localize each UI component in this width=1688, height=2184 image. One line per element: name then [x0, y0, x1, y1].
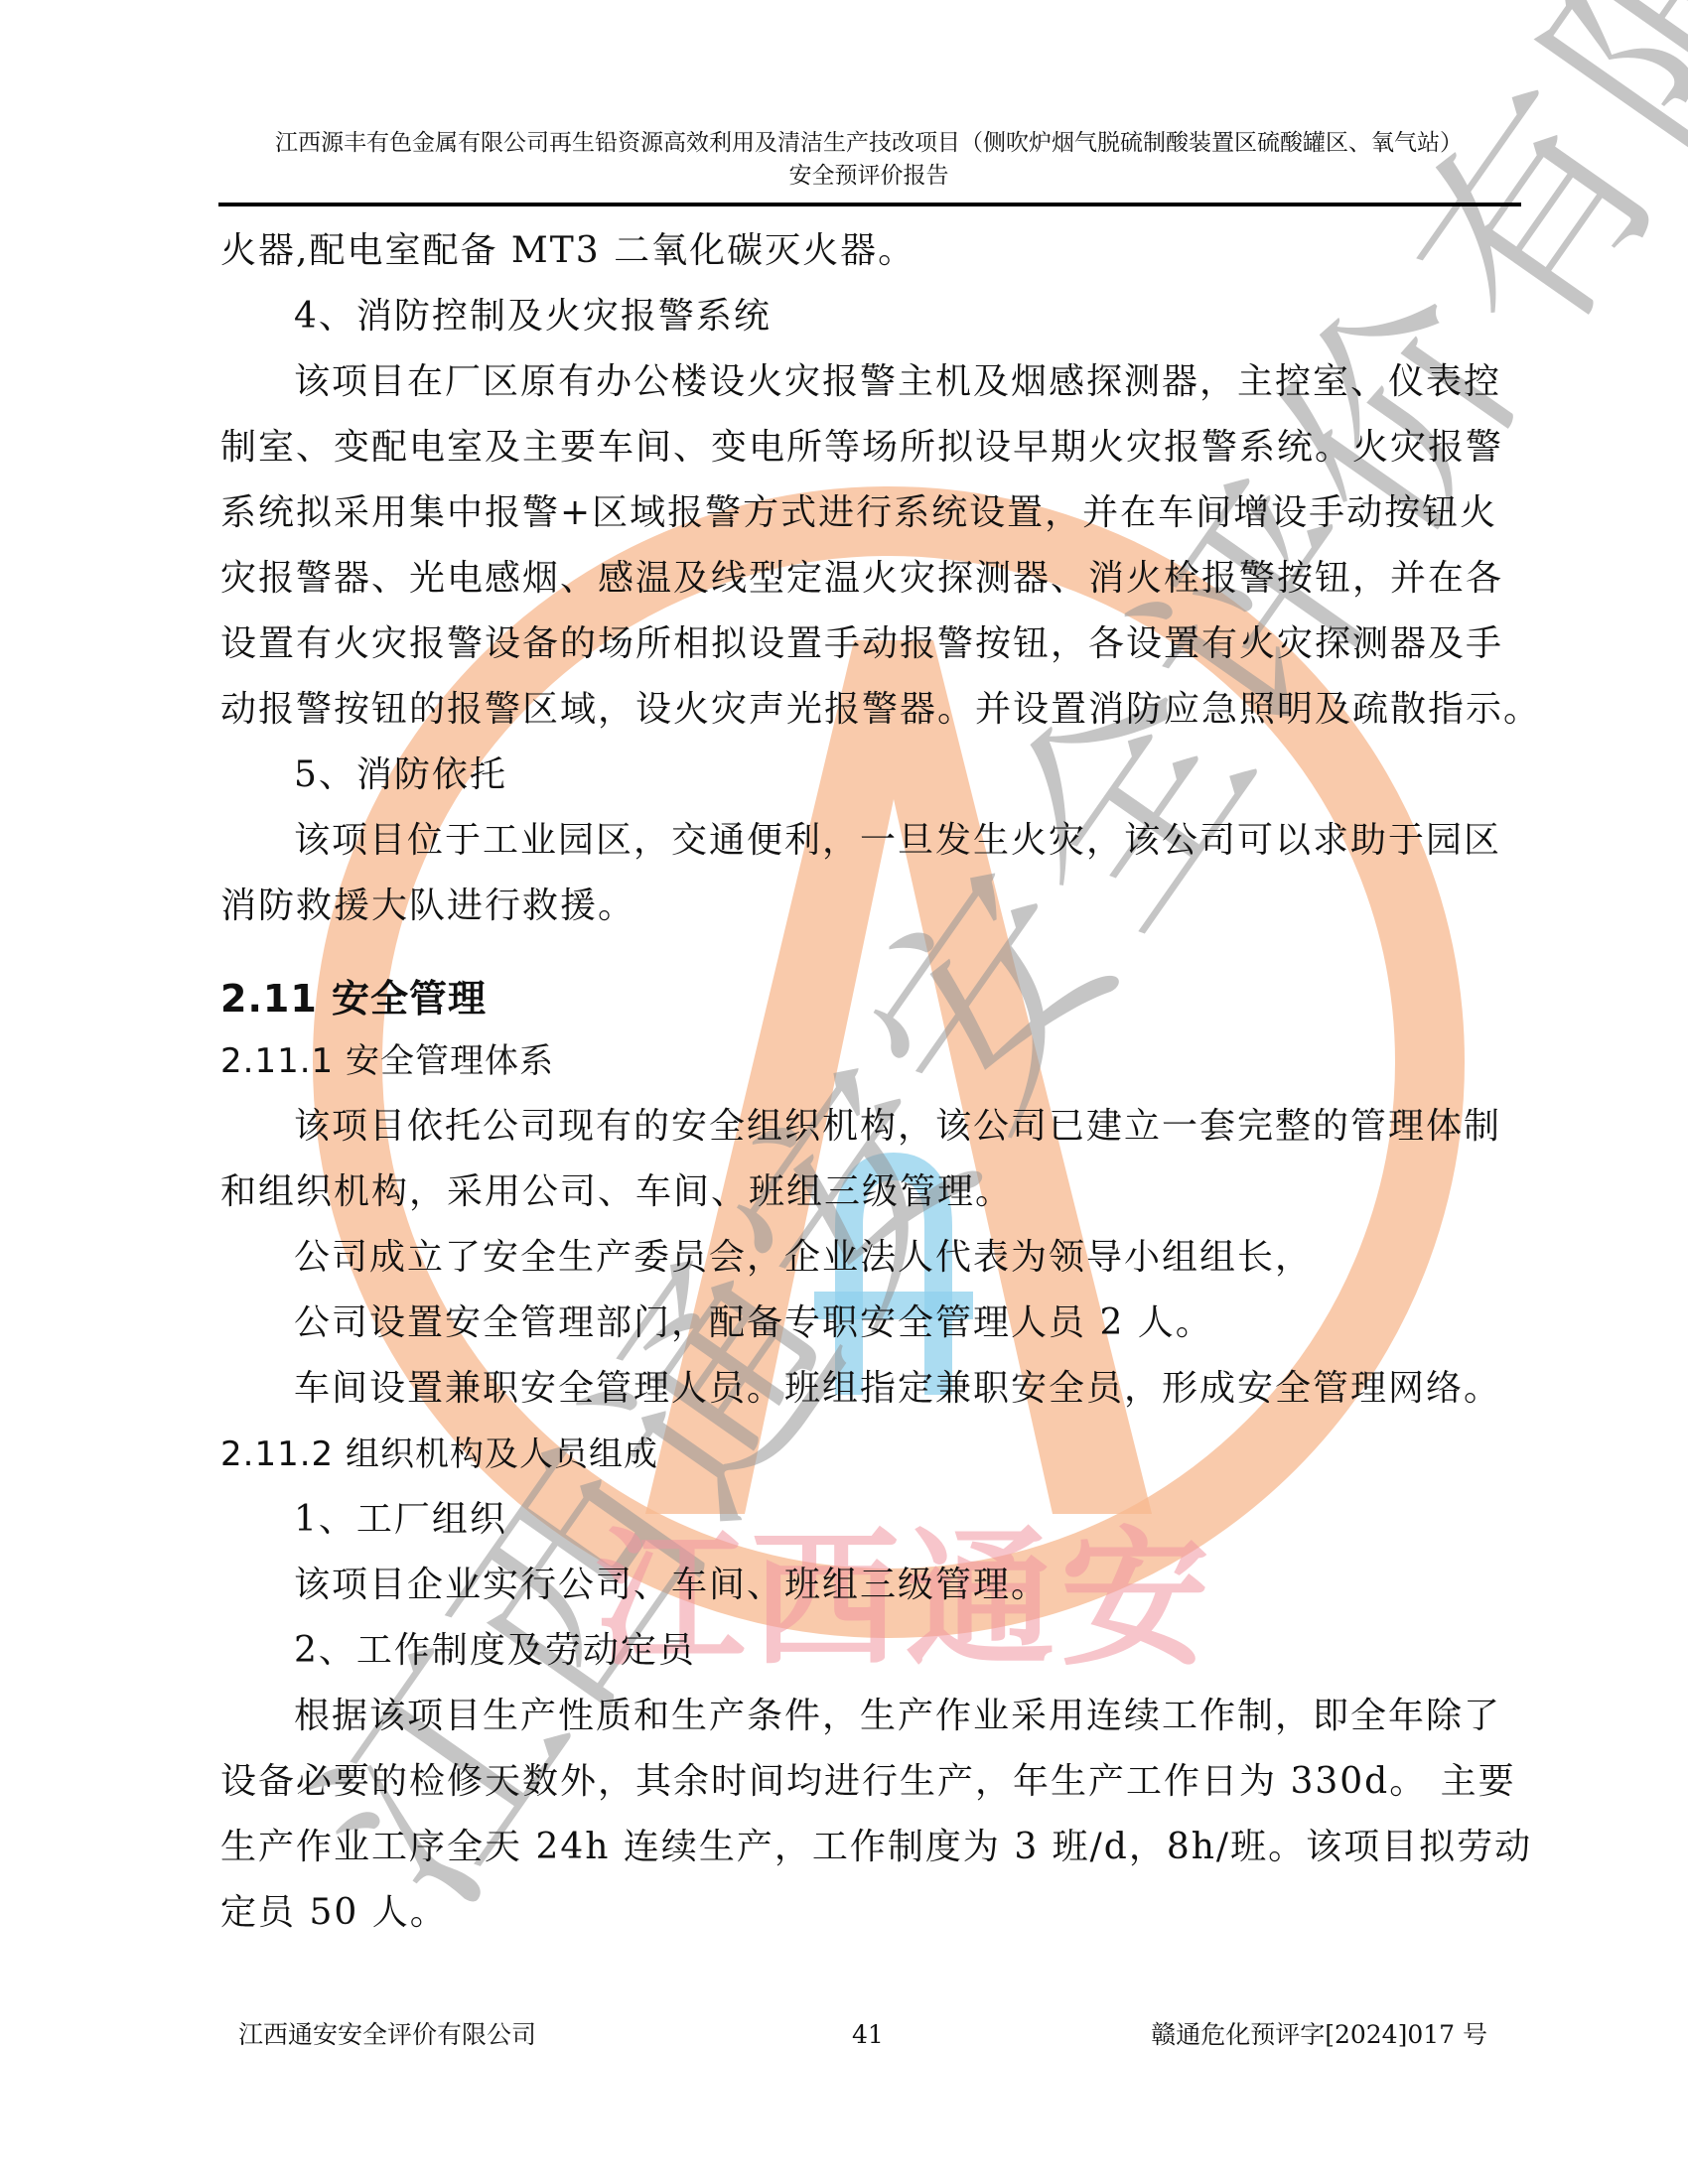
paragraph-line: 公司成立了安全生产委员会，企业法人代表为领导小组组长， [220, 1225, 1523, 1291]
paragraph-line: 灾报警器、光电感烟、感温及线型定温火灾探测器、消火栓报警按钮，并在各 [220, 546, 1523, 612]
list-item-heading: 2、工作制度及劳动定员 [220, 1618, 1523, 1684]
page-number: 41 [852, 2015, 884, 2055]
paragraph-line: 该项目依托公司现有的安全组织机构，该公司已建立一套完整的管理体制 [220, 1094, 1523, 1160]
paragraph-line: 该项目位于工业园区，交通便利，一旦发生火灾，该公司可以求助于园区 [220, 808, 1523, 874]
paragraph-line: 动报警按钮的报警区域，设火灾声光报警器。并设置消防应急照明及疏散指示。 [220, 677, 1523, 743]
list-item-heading: 5、消防依托 [220, 743, 1523, 808]
header-rule [218, 203, 1521, 206]
page-content: 火器,配电室配备 MT3 二氧化碳灭火器。 4、消防控制及火灾报警系统 该项目在… [220, 218, 1523, 1946]
paragraph-line: 该项目企业实行公司、车间、班组三级管理。 [220, 1553, 1523, 1618]
page-footer: 江西通安安全评价有限公司 41 赣通危化预评字[2024]017 号 [238, 2015, 1529, 2055]
paragraph-line: 该项目在厂区原有办公楼设火灾报警主机及烟感探测器，主控室、仪表控 [220, 349, 1523, 415]
subsection-heading: 2.11.1 安全管理体系 [220, 1028, 1523, 1094]
paragraph-line: 生产作业工序全天 24h 连续生产，工作制度为 3 班/d，8h/班。该项目拟劳… [220, 1815, 1523, 1880]
running-header: 江西源丰有色金属有限公司再生铅资源高效利用及清洁生产技改项目（侧吹炉烟气脱硫制酸… [218, 127, 1519, 193]
header-report-title: 安全预评价报告 [218, 160, 1519, 193]
paragraph-line: 设备必要的检修天数外，其余时间均进行生产，年生产工作日为 330d。 主要 [220, 1749, 1523, 1815]
paragraph-line: 公司设置安全管理部门，配备专职安全管理人员 2 人。 [220, 1291, 1523, 1356]
list-item-heading: 4、消防控制及火灾报警系统 [220, 284, 1523, 349]
paragraph-line: 设置有火灾报警设备的场所相拟设置手动报警按钮，各设置有火灾探测器及手 [220, 612, 1523, 677]
header-project-title: 江西源丰有色金属有限公司再生铅资源高效利用及清洁生产技改项目（侧吹炉烟气脱硫制酸… [218, 127, 1519, 160]
paragraph-line: 系统拟采用集中报警+区域报警方式进行系统设置，并在车间增设手动按钮火 [220, 480, 1523, 546]
paragraph-line: 消防救援大队进行救援。 [220, 874, 1523, 939]
paragraph-line: 定员 50 人。 [220, 1880, 1523, 1946]
footer-company: 江西通安安全评价有限公司 [238, 2015, 536, 2055]
paragraph-line: 制室、变配电室及主要车间、变电所等场所拟设早期火灾报警系统。火灾报警 [220, 415, 1523, 480]
footer-doc-number: 赣通危化预评字[2024]017 号 [1151, 2015, 1487, 2055]
paragraph-line: 和组织机构，采用公司、车间、班组三级管理。 [220, 1160, 1523, 1225]
paragraph-line: 根据该项目生产性质和生产条件，生产作业采用连续工作制，即全年除了 [220, 1684, 1523, 1749]
paragraph-line: 火器,配电室配备 MT3 二氧化碳灭火器。 [220, 218, 1523, 284]
section-heading: 2.11 安全管理 [220, 957, 1523, 1028]
document-page: 江西通安安全评价有限公司 江西通安 江西源丰有色金属有限公司再生铅资源高效利用及… [0, 0, 1688, 2184]
list-item-heading: 1、工厂组织 [220, 1487, 1523, 1553]
subsection-heading: 2.11.2 组织机构及人员组成 [220, 1422, 1523, 1487]
paragraph-line: 车间设置兼职安全管理人员。班组指定兼职安全员，形成安全管理网络。 [220, 1356, 1523, 1422]
